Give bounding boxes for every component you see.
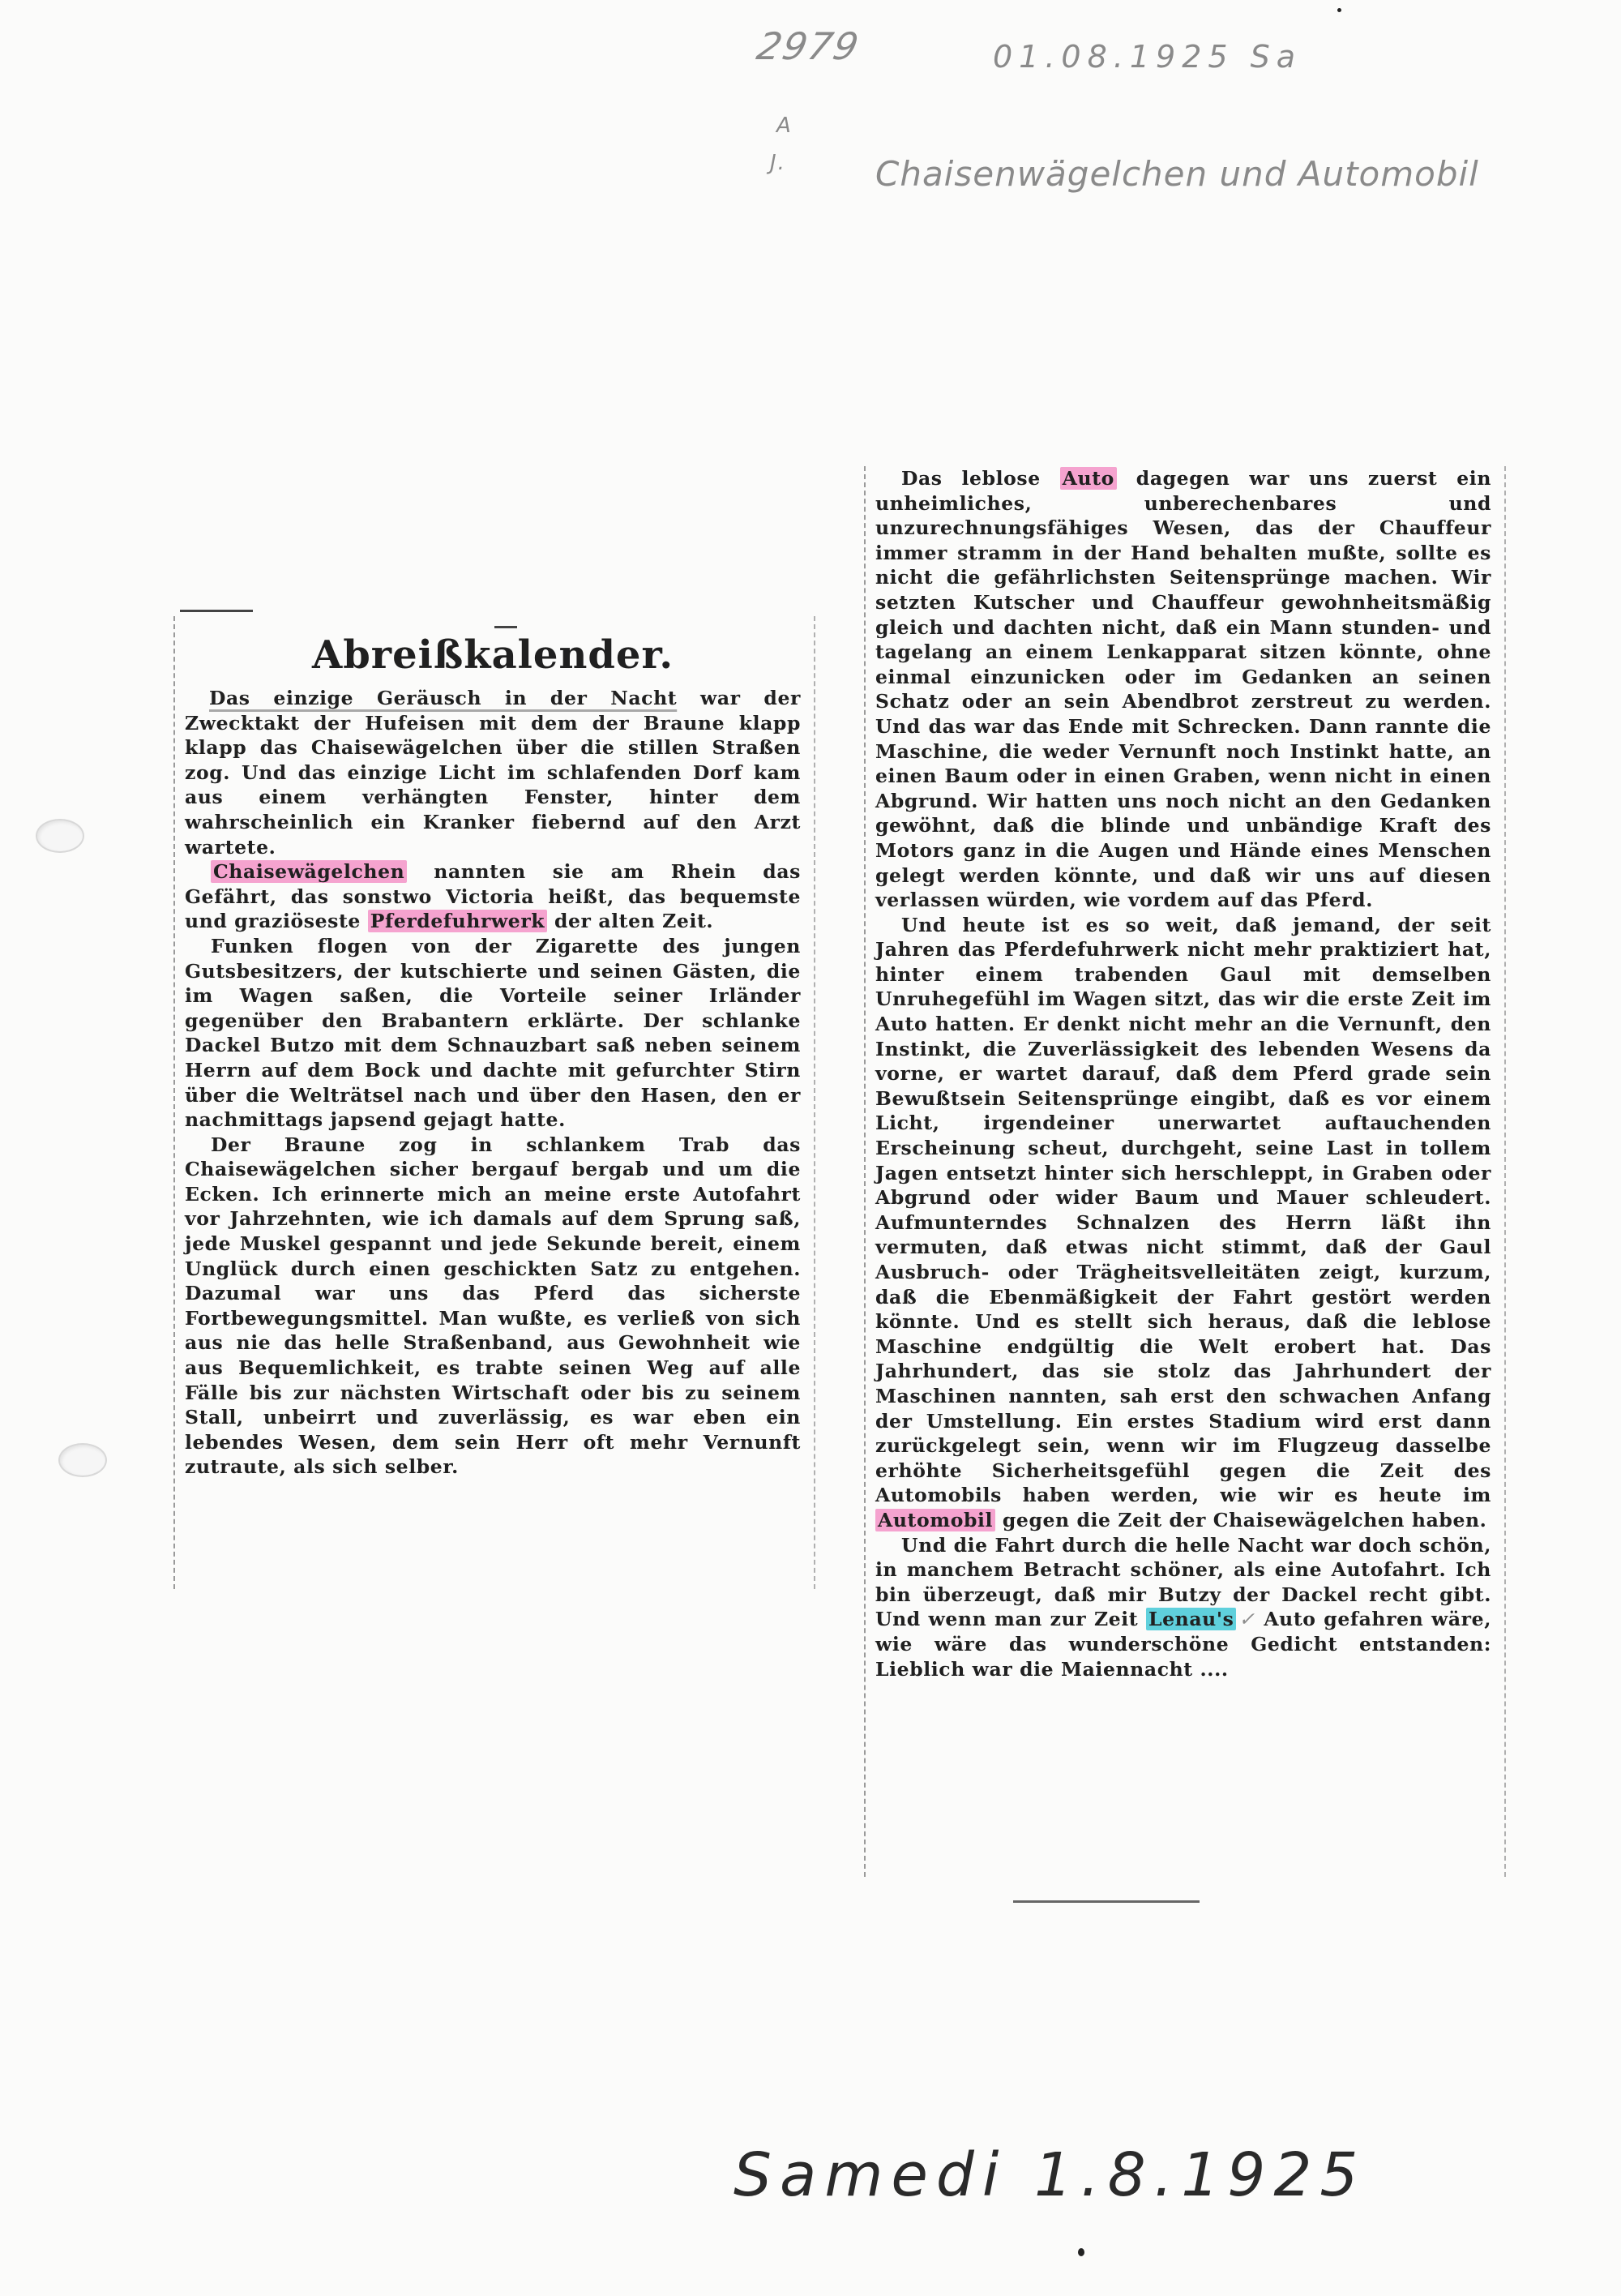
highlighted-term: Pferdefuhrwerk xyxy=(368,910,547,932)
article-paragraph: Das leblose Auto dagegen war uns zuerst … xyxy=(875,466,1491,913)
article-paragraph: Chaisewägelchen nannten sie am Rhein das… xyxy=(185,859,801,934)
highlighted-term: Auto xyxy=(1060,467,1117,490)
article-paragraph: Der Braune zog in schlankem Trab das Cha… xyxy=(185,1133,801,1480)
handwritten-bottom-date: Samedi 1.8.1925 xyxy=(734,2140,1367,2210)
article-headline: Abreißkalender. xyxy=(185,631,801,679)
article-paragraph: Und die Fahrt durch die helle Nacht war … xyxy=(875,1533,1491,1682)
article-column-right: Das leblose Auto dagegen war uns zuerst … xyxy=(875,466,1491,1877)
pencil-underlined-phrase: Das einzige Geräusch in der Nacht xyxy=(209,687,677,709)
article-paragraph: Das einzige Geräusch in der Nacht war de… xyxy=(185,686,801,859)
article-column-left: Abreißkalender. Das einzige Geräusch in … xyxy=(185,616,801,1589)
clipping-rule xyxy=(180,610,253,612)
punch-hole-icon xyxy=(36,819,84,853)
archive-number-annotation: 2979 xyxy=(753,24,864,68)
highlighted-name: Lenau's xyxy=(1146,1608,1237,1630)
highlighted-term: Chaisewägelchen xyxy=(211,860,407,883)
punch-hole-icon xyxy=(58,1443,107,1477)
handwritten-title: Chaisenwägelchen und Automobil xyxy=(875,154,1479,194)
date-code-annotation: 01.08.1925 Sa xyxy=(993,39,1302,75)
ink-speck xyxy=(1337,8,1341,12)
clipping-rule xyxy=(1013,1900,1200,1903)
pencil-check-icon: ✓ xyxy=(1238,1608,1255,1630)
article-paragraph: Funken flogen von der Zigarette des jung… xyxy=(185,934,801,1133)
highlighted-term: Automobil xyxy=(875,1509,995,1531)
ink-speck xyxy=(1078,2248,1084,2256)
article-paragraph: Und heute ist es so weit, daß jemand, de… xyxy=(875,913,1491,1533)
category-letter-i: J. xyxy=(770,151,786,175)
category-letter-a: A xyxy=(776,114,793,138)
